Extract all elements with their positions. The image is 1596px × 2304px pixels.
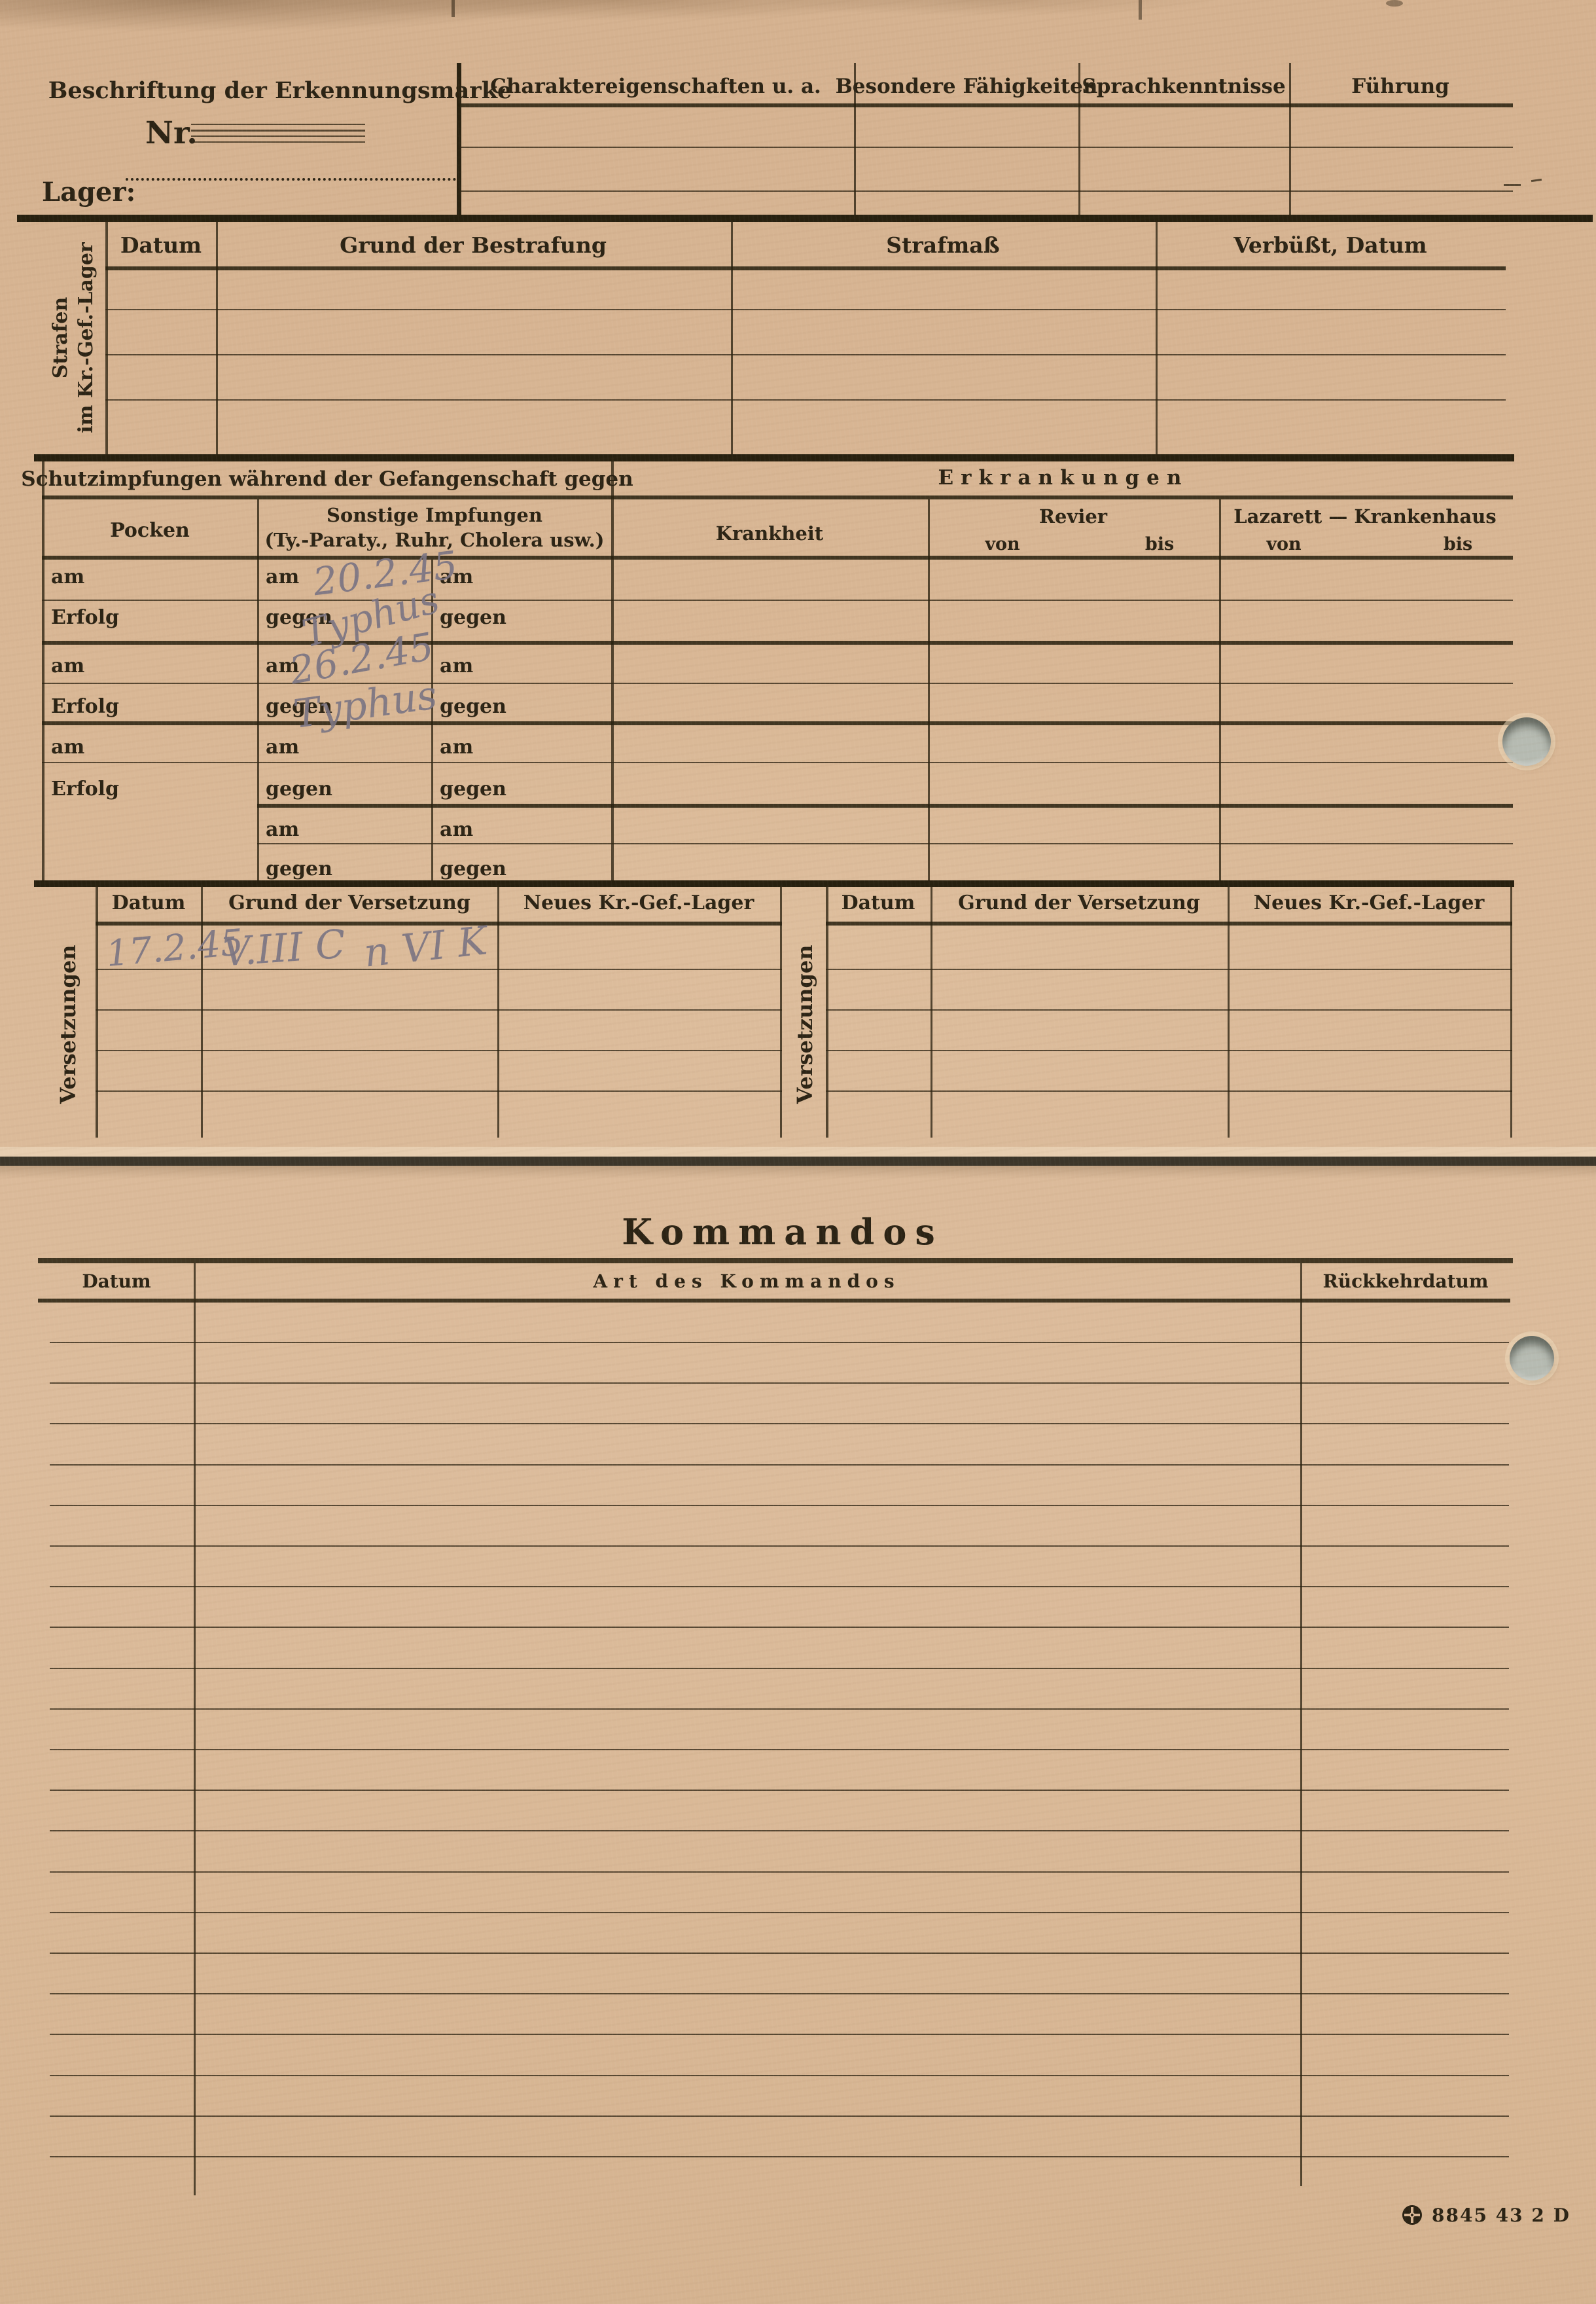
erfolg-label: Erfolg <box>51 606 119 629</box>
kommandos-row-line <box>50 1830 1509 1831</box>
nr-ruled-line <box>191 124 365 125</box>
nr-label: Nr. <box>145 115 198 151</box>
kommandos-title-underline <box>38 1258 1513 1263</box>
transfers-row-line <box>96 1090 782 1092</box>
punishments-col-header: Datum <box>120 232 202 258</box>
vacc-row-line <box>42 683 1513 684</box>
section-border <box>17 215 1593 222</box>
vacc-left-border <box>42 458 44 885</box>
punishments-divider <box>216 220 218 456</box>
gegen-label: gegen <box>440 695 506 718</box>
kommandos-col-header: Art des Kommandos <box>593 1270 900 1292</box>
id-block-title: Beschriftung der Erkennungsmarke <box>48 77 512 104</box>
transfers-row-line <box>826 1009 1512 1011</box>
kommandos-title: Kommandos <box>622 1211 943 1253</box>
pow-record-card: Beschriftung der Erkennungsmarke Nr. Lag… <box>0 0 1596 2304</box>
punch-hole <box>1502 717 1551 766</box>
stray-dash <box>1531 179 1542 182</box>
am-label: am <box>266 736 299 759</box>
stray-dash <box>1504 184 1521 186</box>
punishments-row-line <box>105 309 1506 310</box>
am-label: am <box>440 818 473 841</box>
nr-ruled-line <box>191 130 365 132</box>
lager-dotted-line <box>126 178 456 181</box>
traits-left-border <box>457 63 461 217</box>
punishments-col-header: Grund der Bestrafung <box>340 232 607 258</box>
transfers-row-line <box>826 1050 1512 1051</box>
print-code: 8845 43 2 D <box>1432 2205 1570 2226</box>
kommandos-row-line <box>50 1586 1509 1587</box>
vacc-header-underline <box>42 495 1513 499</box>
kommandos-row-line <box>50 1423 1509 1424</box>
transfers-header-underline <box>826 922 1512 926</box>
paper-crease <box>1139 0 1142 20</box>
gegen-label: gegen <box>266 778 332 801</box>
erfolg-label: Erfolg <box>51 778 119 801</box>
erfolg-label: Erfolg <box>51 695 119 718</box>
punishments-side-label-line2: im Kr.-Gef.-Lager <box>73 242 99 433</box>
kommandos-divider <box>194 1263 196 2195</box>
transfers-row-line <box>826 1090 1512 1092</box>
vacc-row-line <box>42 600 1513 601</box>
pocken-header: Pocken <box>110 519 190 542</box>
kommandos-row-line <box>50 2156 1509 2157</box>
handwriting-transfer-from: V.III C <box>221 922 347 976</box>
kommandos-col-header: Rückkehrdatum <box>1322 1270 1488 1292</box>
vacc-group-line <box>42 641 1513 645</box>
paper-crease <box>452 0 455 17</box>
kommandos-row-line <box>50 1790 1509 1791</box>
revier-header: Revier <box>1039 505 1107 528</box>
kommandos-row-line <box>50 1464 1509 1466</box>
transfers-col-header: Datum <box>112 891 186 914</box>
kommandos-row-line <box>50 1749 1509 1750</box>
krankheit-header: Krankheit <box>716 522 823 545</box>
vacc-group-line <box>257 804 1513 808</box>
punch-hole <box>1510 1336 1554 1380</box>
traits-header-underline <box>458 103 1513 107</box>
punishments-left-border <box>105 220 108 456</box>
illness-title: Erkrankungen <box>938 466 1189 490</box>
traits-divider <box>1289 63 1291 217</box>
kommandos-row-line <box>50 1505 1509 1506</box>
am-label: am <box>51 655 84 677</box>
punishments-divider <box>731 220 733 456</box>
revier-von-label: von <box>985 534 1020 554</box>
vacc-row-line <box>42 762 1513 763</box>
revier-bis-label: bis <box>1145 534 1174 554</box>
kommandos-row-line <box>50 2115 1509 2117</box>
kommandos-row-line <box>50 1993 1509 1994</box>
lazarett-bis-label: bis <box>1444 534 1472 554</box>
transfers-col-header: Grund der Versetzung <box>228 891 470 914</box>
transfers-col-header: Datum <box>842 891 915 914</box>
transfers-row-line <box>826 969 1512 970</box>
sonstige-header-line1: Sonstige Impfungen <box>327 504 542 526</box>
traits-col-header: Führung <box>1351 75 1449 98</box>
traits-col-header: Charaktereigenschaften u. a. <box>490 75 821 98</box>
gegen-label: gegen <box>440 778 506 801</box>
transfers-left-side-label: Versetzungen <box>56 945 80 1104</box>
am-label: am <box>51 566 84 588</box>
kommandos-row-line <box>50 2075 1509 2076</box>
kommandos-row-line <box>50 1382 1509 1384</box>
transfers-col-header: Neues Kr.-Gef.-Lager <box>1254 891 1485 914</box>
gegen-label: gegen <box>440 606 506 629</box>
section-border <box>34 454 1514 461</box>
transfers-row-line <box>96 969 782 970</box>
fold-line <box>0 1157 1596 1166</box>
lager-label: Lager: <box>42 177 135 207</box>
kommandos-row-line <box>50 1708 1509 1710</box>
kommandos-header-underline <box>38 1299 1510 1303</box>
fold-highlight <box>0 1147 1596 1157</box>
punishments-row-line <box>105 399 1506 401</box>
transfers-col-header: Grund der Versetzung <box>958 891 1200 914</box>
nr-ruled-line <box>191 135 365 137</box>
kommandos-row-line <box>50 1342 1509 1343</box>
paper-crease <box>1386 0 1403 7</box>
punishments-col-header: Strafmaß <box>886 232 999 258</box>
am-label: am <box>51 736 84 759</box>
traits-col-header: Sprachkenntnisse <box>1082 75 1285 98</box>
transfers-right-side-label: Versetzungen <box>792 945 817 1104</box>
nr-ruled-line <box>191 141 365 143</box>
kommandos-row-line <box>50 1545 1509 1547</box>
transfers-row-line <box>96 1050 782 1051</box>
handwriting-transfer-to: n VI K <box>362 918 489 976</box>
kommandos-row-line <box>50 1627 1509 1628</box>
punishments-col-header: Verbüßt, Datum <box>1233 232 1427 258</box>
kommandos-col-header: Datum <box>82 1270 151 1292</box>
fold-shadow <box>0 1166 1596 1179</box>
punishments-side-label: Strafen im Kr.-Gef.-Lager <box>48 242 99 433</box>
transfers-row-line <box>96 1009 782 1011</box>
traits-col-header: Besondere Fähigkeiten <box>836 75 1098 98</box>
vacc-row-line <box>257 843 1513 844</box>
kommandos-divider <box>1300 1263 1302 2186</box>
kommandos-row-line <box>50 1912 1509 1913</box>
traits-row-line <box>458 147 1513 148</box>
am-label: am <box>266 818 299 841</box>
punishments-divider <box>1156 220 1158 456</box>
printer-mark-icon <box>1402 2205 1423 2225</box>
gegen-label: gegen <box>266 857 332 880</box>
punishments-side-label-line1: Strafen <box>48 242 73 433</box>
punishments-row-line <box>105 354 1506 355</box>
lazarett-header: Lazarett — Krankenhaus <box>1233 505 1496 528</box>
kommandos-row-line <box>50 1668 1509 1669</box>
transfers-col-header: Neues Kr.-Gef.-Lager <box>523 891 754 914</box>
lazarett-von-label: von <box>1266 534 1301 554</box>
traits-row-line <box>458 190 1513 192</box>
section-border <box>34 880 1514 887</box>
vacc-title: Schutzimpfungen während der Gefangenscha… <box>21 467 633 491</box>
vacc-illness-divider <box>611 458 614 885</box>
am-label: am <box>440 736 473 759</box>
kommandos-row-line <box>50 1953 1509 1954</box>
punishments-header-underline <box>105 266 1506 270</box>
am-label: am <box>266 566 299 588</box>
am-label: am <box>440 655 473 677</box>
kommandos-row-line <box>50 1871 1509 1873</box>
kommandos-row-line <box>50 2034 1509 2035</box>
vacc-subheader-underline <box>42 556 1513 560</box>
gegen-label: gegen <box>440 857 506 880</box>
vacc-group-line <box>42 721 1513 725</box>
